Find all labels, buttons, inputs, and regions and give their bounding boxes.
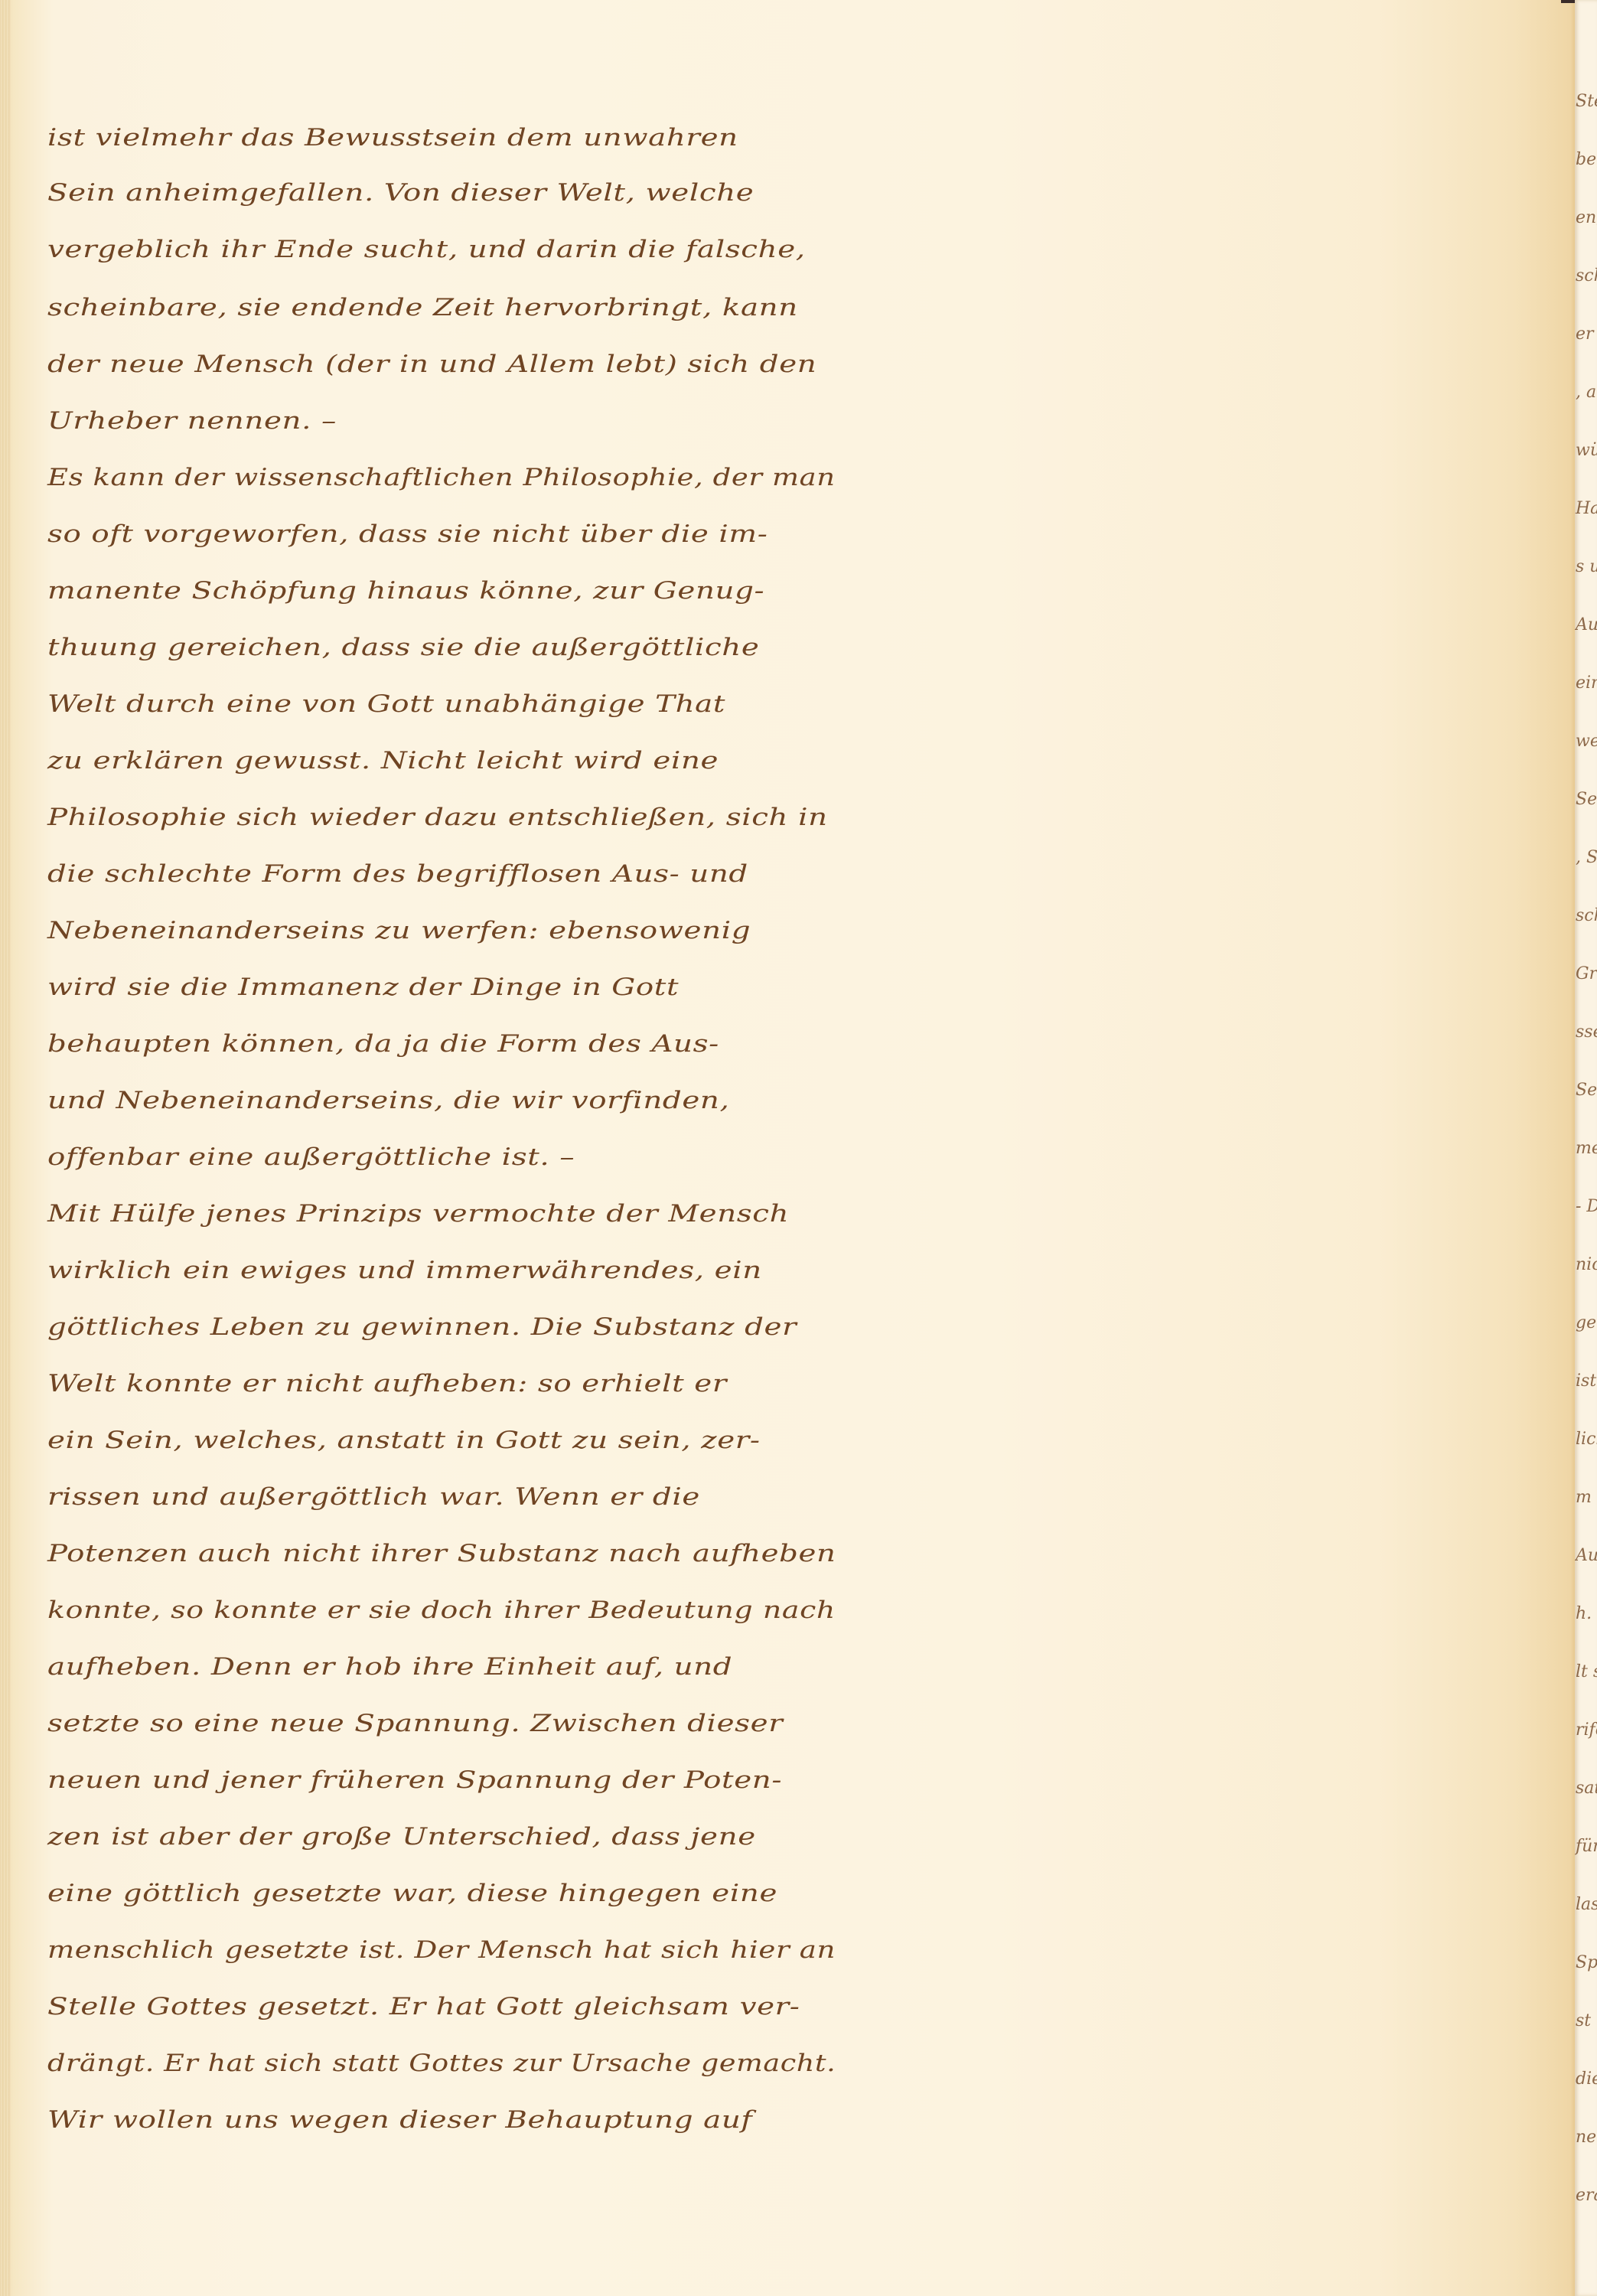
next-page-fragment: sat, S [1576, 1779, 1597, 1798]
next-page-fragment: für [1576, 1837, 1597, 1856]
next-page-fragment: , außer [1576, 383, 1597, 402]
next-page-fragment: Außen [1576, 615, 1597, 634]
next-page-fragment: er Ge [1576, 325, 1597, 344]
next-page-fragment: s uns [1576, 557, 1597, 576]
next-page-fragment: mein [1576, 1139, 1597, 1158]
next-page-fragment: Sein [1576, 1081, 1597, 1100]
text-line: der neue Mensch (der in und Allem lebt) … [47, 341, 816, 387]
text-line: göttliches Leben zu gewinnen. Die Substa… [47, 1304, 797, 1350]
next-page-fragment: schon [1576, 906, 1597, 925]
next-page-fragment: lich f [1576, 1430, 1597, 1449]
text-line: eine göttlich gesetzte war, diese hingeg… [47, 1870, 777, 1916]
text-line: Urheber nennen. – [47, 398, 337, 444]
next-page-fragment: die un [1576, 2069, 1597, 2089]
text-line: wirklich ein ewiges und immerwährendes, … [47, 1247, 762, 1293]
text-line: Welt durch eine von Gott unabhängige Tha… [47, 681, 725, 727]
text-line: wird sie die Immanenz der Dinge in Gott [47, 964, 679, 1010]
next-page-fragment: m w [1576, 1488, 1597, 1507]
text-line: so oft vorgeworfen, dass sie nicht über … [47, 511, 768, 557]
text-line: Mit Hülfe jenes Prinzips vermochte der M… [47, 1191, 789, 1237]
text-line: behaupten können, da ja die Form des Aus… [47, 1021, 719, 1067]
next-page-fragment: gen g [1576, 1313, 1597, 1332]
next-page-fragment: schlag [1576, 266, 1597, 285]
text-line: rissen und außergöttlich war. Wenn er di… [47, 1474, 700, 1520]
next-page-fragment: ist g [1576, 1371, 1597, 1391]
text-line: Potenzen auch nicht ihrer Substanz nach … [47, 1531, 836, 1577]
next-page-fragment: weig [1576, 732, 1597, 751]
next-page-fragment: lt sich [1576, 1662, 1597, 1681]
next-page-edge: Stelle begrif en, die schlag er Ge , auß… [1575, 0, 1597, 2296]
text-line: neuen und jener früheren Spannung der Po… [47, 1757, 782, 1803]
next-page-fragment: Stelle [1576, 92, 1597, 111]
text-line: offenbar eine außergöttliche ist. – [47, 1134, 575, 1180]
next-page-fragment: ner f [1576, 2128, 1597, 2147]
text-line: und Nebeneinanderseins, die wir vorfinde… [47, 1078, 729, 1124]
manuscript-page: ist vielmehr das Bewusstsein dem unwahre… [0, 0, 1575, 2296]
text-line: zen ist aber der große Unterschied, dass… [47, 1814, 756, 1860]
text-line: Sein anheimgefallen. Von dieser Welt, we… [47, 170, 754, 216]
text-line: thuung gereichen, dass sie die außergött… [47, 625, 759, 670]
next-page-fragment: begrif [1576, 150, 1597, 169]
text-line: drängt. Er hat sich statt Gottes zur Urs… [47, 2040, 836, 2086]
text-line: aufheben. Denn er hob ihre Einheit auf, … [47, 1644, 732, 1690]
text-line: Welt konnte er nicht aufheben: so erhiel… [47, 1361, 727, 1407]
text-line: zu erklären gewusst. Nicht leicht wird e… [47, 738, 719, 784]
next-page-fragment: Haub [1576, 499, 1597, 518]
text-line: menschlich gesetzte ist. Der Mensch hat … [47, 1927, 836, 1973]
text-line: manente Schöpfung hinaus könne, zur Genu… [47, 568, 764, 614]
next-page-fragment: Spiel [1576, 1953, 1597, 1972]
next-page-fragment: h. Ge [1576, 1604, 1597, 1623]
next-page-fragment: - Da [1576, 1197, 1597, 1216]
next-page-fragment: st hat [1576, 2011, 1597, 2030]
text-line: Es kann der wissenschaftlichen Philosoph… [47, 455, 836, 501]
stacked-page-edges [0, 0, 11, 2296]
text-line: ein Sein, welches, anstatt in Gott zu se… [47, 1417, 761, 1463]
text-line: vergeblich ihr Ende sucht, und darin die… [47, 227, 806, 272]
next-page-fragment: eine [1576, 673, 1597, 693]
text-line: setzte so eine neue Spannung. Zwischen d… [47, 1701, 783, 1746]
next-page-fragment: , Sich [1576, 848, 1597, 867]
next-page-fragment: Aus [1576, 1546, 1597, 1565]
text-line: Nebeneinanderseins zu werfen: ebensoweni… [47, 908, 751, 954]
next-page-fragment: Seine [1576, 790, 1597, 809]
text-line: Philosophie sich wieder dazu entschließe… [47, 794, 828, 840]
text-line: Wir wollen uns wegen dieser Behauptung a… [47, 2097, 752, 2143]
text-line: Stelle Gottes gesetzt. Er hat Gott gleic… [47, 1984, 800, 2030]
text-line: konnte, so konnte er sie doch ihrer Bede… [47, 1587, 836, 1633]
next-page-fragment: wüsste [1576, 441, 1597, 460]
next-page-fragment: eräh [1576, 2186, 1597, 2205]
next-page-fragment: ssen [1576, 1022, 1597, 1042]
text-line: ist vielmehr das Bewusstsein dem unwahre… [47, 115, 738, 161]
text-line: scheinbare, sie endende Zeit hervorbring… [47, 285, 798, 331]
next-page-fragment: nicht, [1576, 1255, 1597, 1274]
next-page-fragment: lassen [1576, 1895, 1597, 1914]
text-line: die schlechte Form des begrifflosen Aus-… [47, 851, 748, 897]
next-page-fragment: en, die [1576, 208, 1597, 227]
next-page-fragment: Grenz [1576, 964, 1597, 983]
next-page-fragment: rifel [1576, 1720, 1597, 1740]
